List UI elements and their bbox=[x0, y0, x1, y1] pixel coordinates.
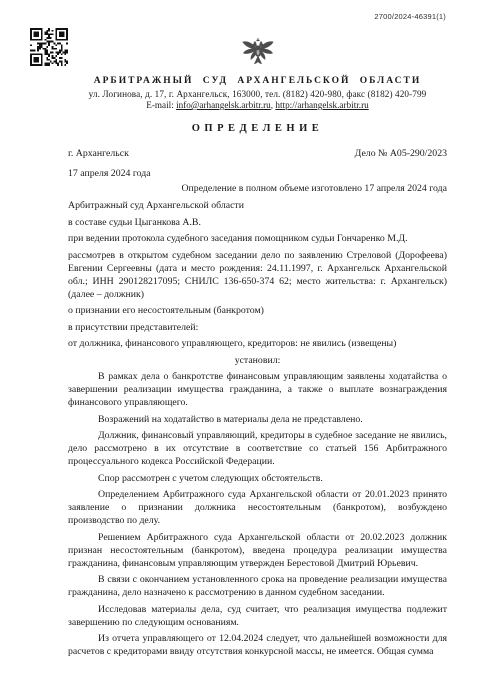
qr-code-svg bbox=[30, 28, 68, 66]
website-link[interactable]: http://arhangelsk.arbitr.ru bbox=[275, 100, 368, 110]
court-address: ул. Логинова, д. 17, г. Архангельск, 163… bbox=[68, 89, 447, 99]
court-contacts: E-mail: info@arhangelsk.arbitr.ru, http:… bbox=[68, 100, 447, 110]
full-volume-note: Определение в полном объеме изготовлено … bbox=[68, 183, 447, 194]
ruling-date: 17 апреля 2024 года bbox=[68, 168, 447, 179]
body-paragraph: Решением Арбитражного суда Архангельской… bbox=[68, 531, 447, 570]
body-paragraph: Возражений на ходатайство в материалы де… bbox=[68, 413, 447, 426]
case-number: Дело № А05-290/2023 bbox=[355, 148, 447, 159]
court-ruling-page: 2700/2024-46391(1) АРБИТРАЖНЫЙ bbox=[0, 0, 480, 679]
body-paragraph: Спор рассмотрен с учетом следующих обсто… bbox=[68, 472, 447, 485]
qr-code-icon bbox=[30, 28, 68, 66]
document-registration-number: 2700/2024-46391(1) bbox=[374, 12, 446, 21]
ustanovil-label: установил: bbox=[68, 354, 447, 367]
intro-line: в составе судьи Цыганкова А.В. bbox=[68, 216, 447, 229]
body-paragraph: Из отчета управляющего от 12.04.2024 сле… bbox=[68, 632, 447, 658]
body-paragraph: В рамках дела о банкротстве финансовым у… bbox=[68, 370, 447, 409]
document-title: ОПРЕДЕЛЕНИЕ bbox=[68, 123, 447, 134]
body-paragraph: Должник, финансовый управляющий, кредито… bbox=[68, 429, 447, 468]
body-paragraph: Определением Арбитражного суда Архангель… bbox=[68, 488, 447, 527]
ruling-body: Арбитражный суд Архангельской области в … bbox=[68, 199, 447, 658]
case-caption-row: г. Архангельск Дело № А05-290/2023 bbox=[68, 148, 447, 159]
court-name: АРБИТРАЖНЫЙ СУД АРХАНГЕЛЬСКОЙ ОБЛАСТИ bbox=[68, 76, 447, 86]
intro-line: в присутствии представителей: bbox=[68, 321, 447, 334]
email-label: E-mail: bbox=[146, 100, 176, 110]
intro-line: рассмотрев в открытом судебном заседании… bbox=[68, 249, 447, 301]
city-label: г. Архангельск bbox=[68, 148, 129, 159]
email-link[interactable]: info@arhangelsk.arbitr.ru bbox=[176, 100, 271, 110]
intro-line: о признании его несостоятельным (банкрот… bbox=[68, 304, 447, 317]
body-paragraph: Исследовав материалы дела, суд считает, … bbox=[68, 603, 447, 629]
coat-of-arms-icon bbox=[241, 35, 275, 69]
body-paragraph: В связи с окончанием установленного срок… bbox=[68, 573, 447, 599]
double-headed-eagle-svg bbox=[241, 35, 275, 69]
intro-line: от должника, финансового управляющего, к… bbox=[68, 337, 447, 350]
intro-line: Арбитражный суд Архангельской области bbox=[68, 199, 447, 212]
intro-line: при ведении протокола судебного заседани… bbox=[68, 232, 447, 245]
